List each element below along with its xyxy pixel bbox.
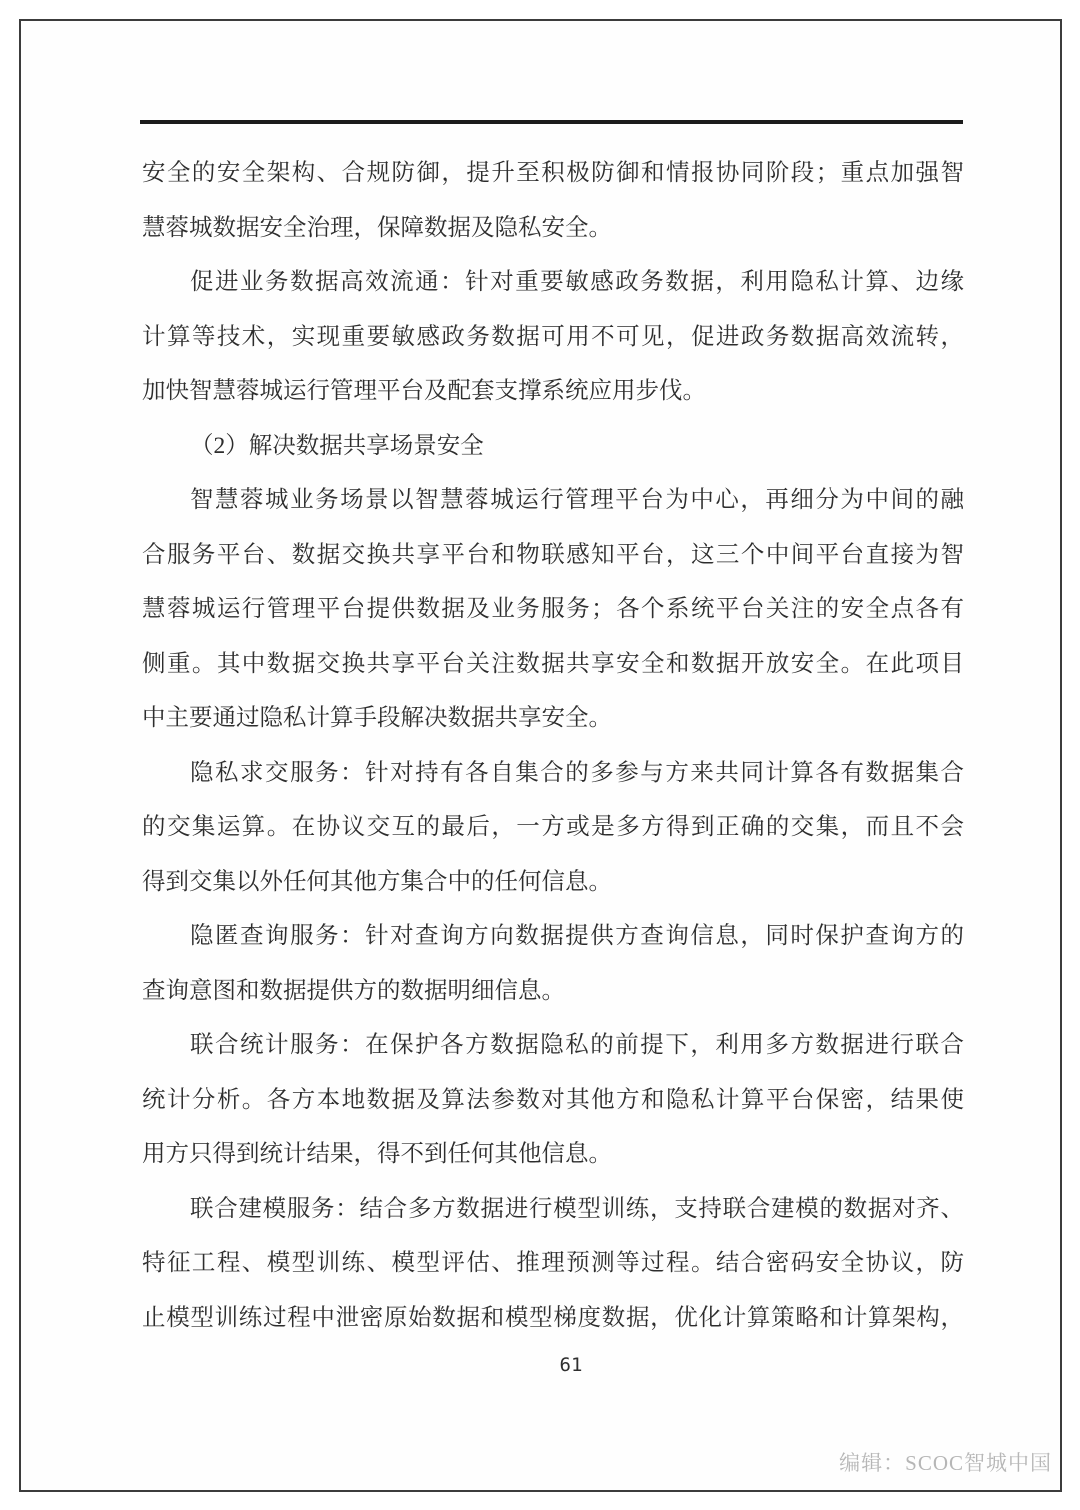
page-number: 61 — [160, 1354, 982, 1376]
text-line: 的交集运算。在协议交互的最后，一方或是多方得到正确的交集，而且不会 — [142, 800, 964, 855]
document-body: 安全的安全架构、合规防御，提升至积极防御和情报协同阶段；重点加强智 慧蓉城数据安… — [142, 146, 964, 1345]
text-line: 联合统计服务：在保护各方数据隐私的前提下，利用多方数据进行联合 — [142, 1018, 964, 1073]
text-line: 计算等技术，实现重要敏感政务数据可用不可见，促进政务数据高效流转， — [142, 310, 964, 365]
text-line: 慧蓉城数据安全治理，保障数据及隐私安全。 — [142, 201, 964, 256]
text-line: 止模型训练过程中泄密原始数据和模型梯度数据，优化计算策略和计算架构， — [142, 1291, 964, 1346]
text-line: 慧蓉城运行管理平台提供数据及业务服务；各个系统平台关注的安全点各有 — [142, 582, 964, 637]
text-line: 促进业务数据高效流通：针对重要敏感政务数据，利用隐私计算、边缘 — [142, 255, 964, 310]
text-line: 合服务平台、数据交换共享平台和物联感知平台，这三个中间平台直接为智 — [142, 528, 964, 583]
text-line: 用方只得到统计结果，得不到任何其他信息。 — [142, 1127, 964, 1182]
text-line: 智慧蓉城业务场景以智慧蓉城运行管理平台为中心，再细分为中间的融 — [142, 473, 964, 528]
text-line: 特征工程、模型训练、模型评估、推理预测等过程。结合密码安全协议，防 — [142, 1236, 964, 1291]
text-line-subheading: （2）解决数据共享场景安全 — [142, 419, 964, 474]
text-line: 查询意图和数据提供方的数据明细信息。 — [142, 964, 964, 1019]
editor-credit: 编辑：SCOC智城中国 — [839, 1447, 1052, 1477]
text-line: 安全的安全架构、合规防御，提升至积极防御和情报协同阶段；重点加强智 — [142, 146, 964, 201]
text-line: 侧重。其中数据交换共享平台关注数据共享安全和数据开放安全。在此项目 — [142, 637, 964, 692]
text-line: 隐私求交服务：针对持有各自集合的多参与方来共同计算各有数据集合 — [142, 746, 964, 801]
header-rule — [140, 120, 963, 124]
text-line: 联合建模服务：结合多方数据进行模型训练，支持联合建模的数据对齐、 — [142, 1182, 964, 1237]
text-line: 中主要通过隐私计算手段解决数据共享安全。 — [142, 691, 964, 746]
text-line: 统计分析。各方本地数据及算法参数对其他方和隐私计算平台保密，结果使 — [142, 1073, 964, 1128]
text-line: 得到交集以外任何其他方集合中的任何信息。 — [142, 855, 964, 910]
text-line: 加快智慧蓉城运行管理平台及配套支撑系统应用步伐。 — [142, 364, 964, 419]
text-line: 隐匿查询服务：针对查询方向数据提供方查询信息，同时保护查询方的 — [142, 909, 964, 964]
